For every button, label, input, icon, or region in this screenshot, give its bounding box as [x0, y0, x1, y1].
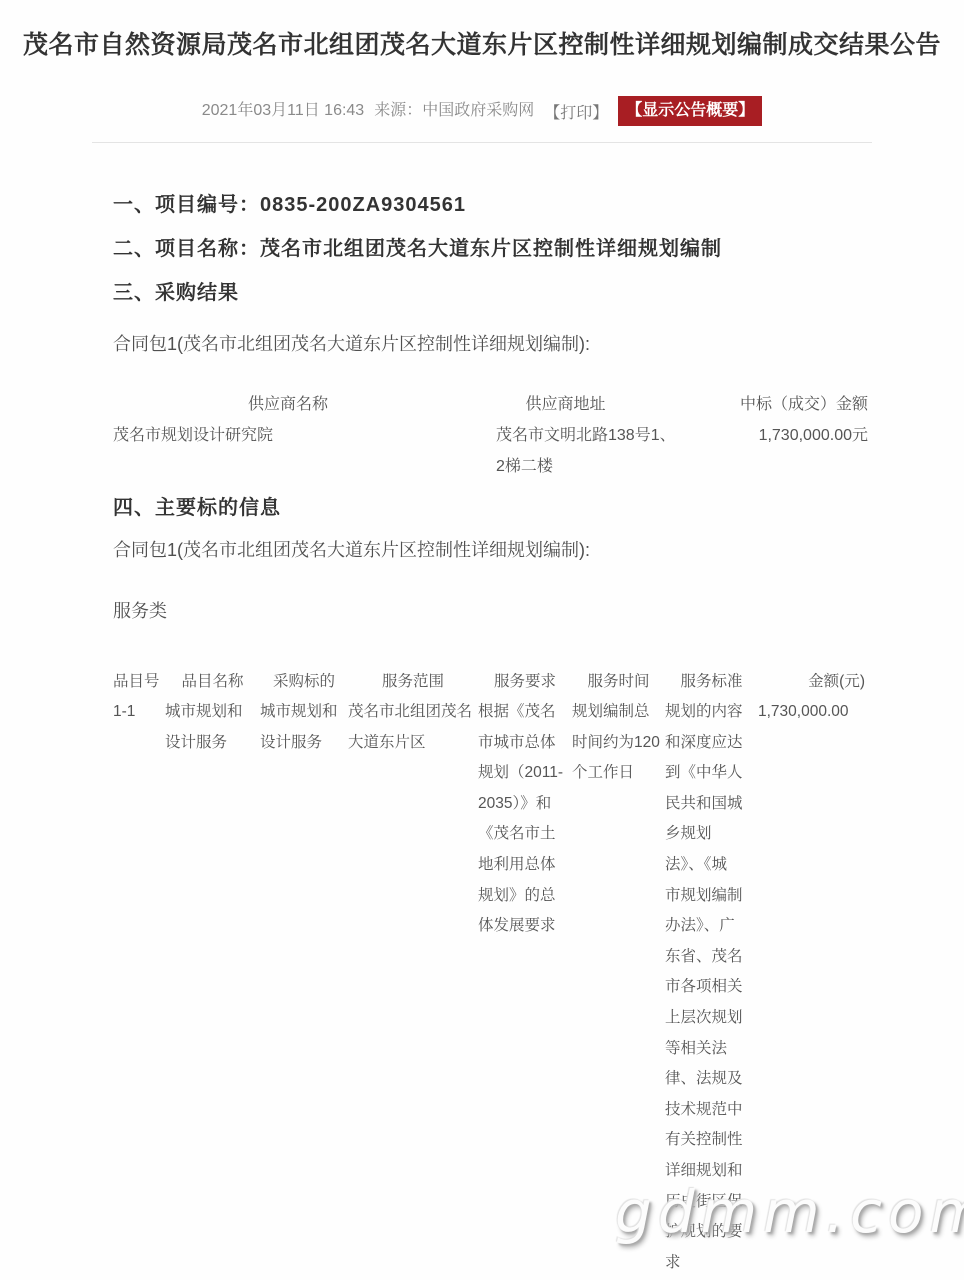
publish-datetime: 2021年03月11日 16:43	[202, 96, 365, 126]
project-number-heading: 一、项目编号：0835-200ZA9304561	[113, 191, 865, 219]
service-scope-cell: 茂名市北组团茂名 大道东片区	[348, 697, 478, 1278]
contract-package-line-1: 合同包1(茂名市北组团茂名大道东片区控制性详细规划编制):	[113, 330, 865, 358]
service-requirement-header: 服务要求	[478, 666, 572, 697]
item-no-cell: 1-1	[113, 697, 165, 1278]
supplier-name-header: 供应商名称	[113, 389, 463, 420]
amount-header: 金额(元)	[758, 666, 865, 697]
page-title: 茂名市自然资源局茂名市北组团茂名大道东片区控制性详细规划编制成交结果公告	[0, 0, 964, 62]
procurement-target-header: 采购标的	[260, 666, 348, 697]
table-row: 茂名市规划设计研究院 茂名市文明北路138号1、 2梯二楼 1,730,000.…	[113, 420, 868, 482]
source: 来源：中国政府采购网	[374, 96, 534, 126]
service-requirement-cell: 根据《茂名 市城市总体 规划（2011- 2035）》和 《茂名市土 地利用总体…	[478, 697, 572, 1278]
amount-cell: 1,730,000.00	[758, 697, 865, 1278]
service-time-cell: 规划编制总 时间约为120 个工作日	[572, 697, 665, 1278]
main-bid-info-heading: 四、主要标的信息	[113, 494, 865, 522]
show-summary-button[interactable]: 【显示公告概要】	[618, 96, 762, 126]
supplier-table-header-row: 供应商名称 供应商地址 中标（成交）金额	[113, 389, 868, 420]
award-amount-header: 中标（成交）金额	[668, 389, 868, 420]
supplier-result-table: 供应商名称 供应商地址 中标（成交）金额 茂名市规划设计研究院 茂名市文明北路1…	[113, 389, 868, 482]
service-category-label: 服务类	[113, 597, 865, 625]
service-standard-cell: 规划的内容 和深度应达 到《中华人 民共和国城 乡规划 法》、《城 市规划编制 …	[665, 697, 758, 1278]
service-standard-header: 服务标准	[665, 666, 758, 697]
project-name-heading: 二、项目名称：茂名市北组团茂名大道东片区控制性详细规划编制	[113, 235, 865, 263]
bid-detail-table: 品目号 品目名称 采购标的 服务范围 服务要求 服务时间 服务标准 金额(元) …	[113, 666, 865, 1278]
contract-package-line-2: 合同包1(茂名市北组团茂名大道东片区控制性详细规划编制):	[113, 536, 865, 564]
supplier-address-header: 供应商地址	[463, 389, 668, 420]
item-name-header: 品目名称	[165, 666, 260, 697]
supplier-name-cell: 茂名市规划设计研究院	[113, 420, 463, 482]
announcement-body: 一、项目编号：0835-200ZA9304561 二、项目名称：茂名市北组团茂名…	[113, 191, 865, 1278]
table-row: 1-1 城市规划和 设计服务 城市规划和 设计服务 茂名市北组团茂名 大道东片区…	[113, 697, 865, 1278]
award-amount-cell: 1,730,000.00元	[668, 420, 868, 482]
procurement-result-heading: 三、采购结果	[113, 279, 865, 307]
announcement-page: 茂名市自然资源局茂名市北组团茂名大道东片区控制性详细规划编制成交结果公告 202…	[0, 0, 964, 1280]
supplier-address-cell: 茂名市文明北路138号1、 2梯二楼	[463, 420, 668, 482]
source-label: 来源：	[374, 96, 422, 126]
item-name-cell: 城市规划和 设计服务	[165, 697, 260, 1278]
source-link[interactable]: 中国政府采购网	[422, 96, 534, 126]
service-scope-header: 服务范围	[348, 666, 478, 697]
bid-table-header-row: 品目号 品目名称 采购标的 服务范围 服务要求 服务时间 服务标准 金额(元)	[113, 666, 865, 697]
service-time-header: 服务时间	[572, 666, 665, 697]
procurement-target-cell: 城市规划和 设计服务	[260, 697, 348, 1278]
meta-line: 2021年03月11日 16:43 来源：中国政府采购网 【打印】 【显示公告概…	[0, 96, 964, 126]
item-no-header: 品目号	[113, 666, 165, 697]
header-divider	[92, 142, 872, 143]
print-button[interactable]: 【打印】	[544, 100, 608, 123]
